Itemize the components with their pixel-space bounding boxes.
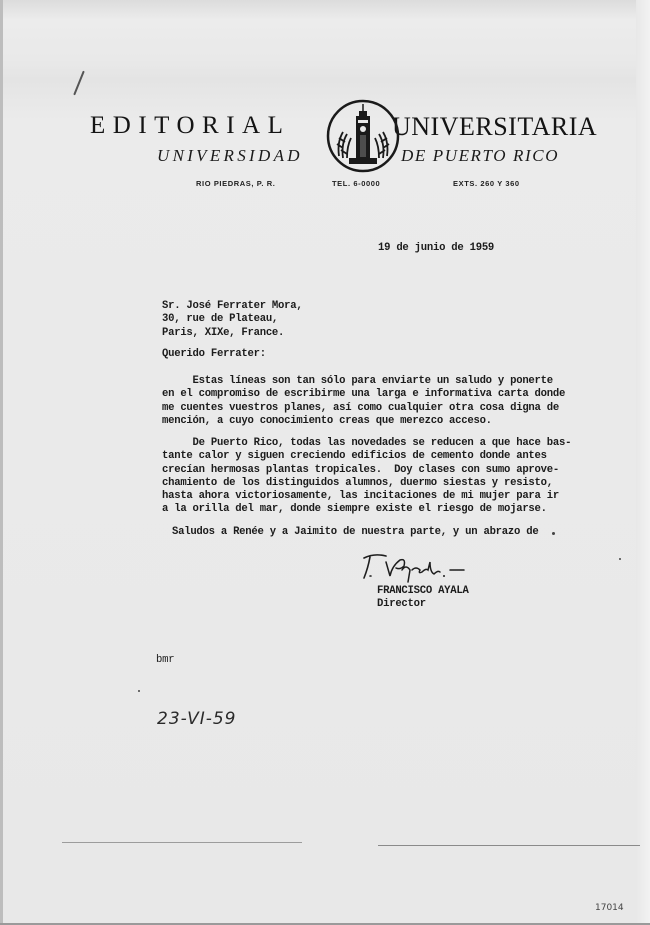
fold-line <box>378 845 640 846</box>
speck <box>552 532 555 535</box>
recipient-line-name: Sr. José Ferrater Mora, <box>162 300 302 313</box>
letterhead-location: RIO PIEDRAS, P. R. <box>196 179 275 188</box>
fold-line <box>62 842 302 843</box>
signer-name: FRANCISCO AYALA <box>377 585 469 598</box>
page-edge-right <box>636 0 650 925</box>
body-paragraph-1: Estas líneas son tan sólo para enviarte … <box>162 375 565 428</box>
closing-line: Saludos a Renée y a Jaimito de nuestra p… <box>172 526 538 539</box>
page-edge-left <box>0 0 3 925</box>
speck <box>138 690 140 692</box>
archive-number: 17014 <box>595 903 624 913</box>
recipient-line-city: Paris, XIXe, France. <box>162 327 302 340</box>
recipient-line-street: 30, rue de Plateau, <box>162 313 302 326</box>
handwritten-receipt-date: 23-VI-59 <box>157 709 237 729</box>
letterhead-name-left: EDITORIAL <box>90 112 290 140</box>
typist-initials: bmr <box>156 654 174 667</box>
signer-block: FRANCISCO AYALADirector <box>377 585 469 612</box>
letterhead-subtitle-left: UNIVERSIDAD <box>157 146 303 166</box>
letterhead-extensions: EXTS. 260 Y 360 <box>453 179 520 188</box>
letter-page: EDITORIAL UNIVERSITARIA UNIVERSIDAD DE P… <box>0 0 650 925</box>
salutation: Querido Ferrater: <box>162 348 266 361</box>
body-paragraph-2: De Puerto Rico, todas las novedades se r… <box>162 437 571 517</box>
letterhead-name-right: UNIVERSITARIA <box>392 112 597 142</box>
speck <box>619 558 621 560</box>
letterhead-subtitle-right: DE PUERTO RICO <box>401 146 559 166</box>
letterhead-phone: TEL. 6-0000 <box>332 179 380 188</box>
signer-title: Director <box>377 598 469 611</box>
letter-date: 19 de junio de 1959 <box>378 242 494 255</box>
corner-pen-mark <box>73 71 85 96</box>
clock-tower-emblem-icon <box>325 98 401 174</box>
handwritten-signature-icon <box>360 550 480 586</box>
recipient-address: Sr. José Ferrater Mora,30, rue de Platea… <box>162 300 302 340</box>
